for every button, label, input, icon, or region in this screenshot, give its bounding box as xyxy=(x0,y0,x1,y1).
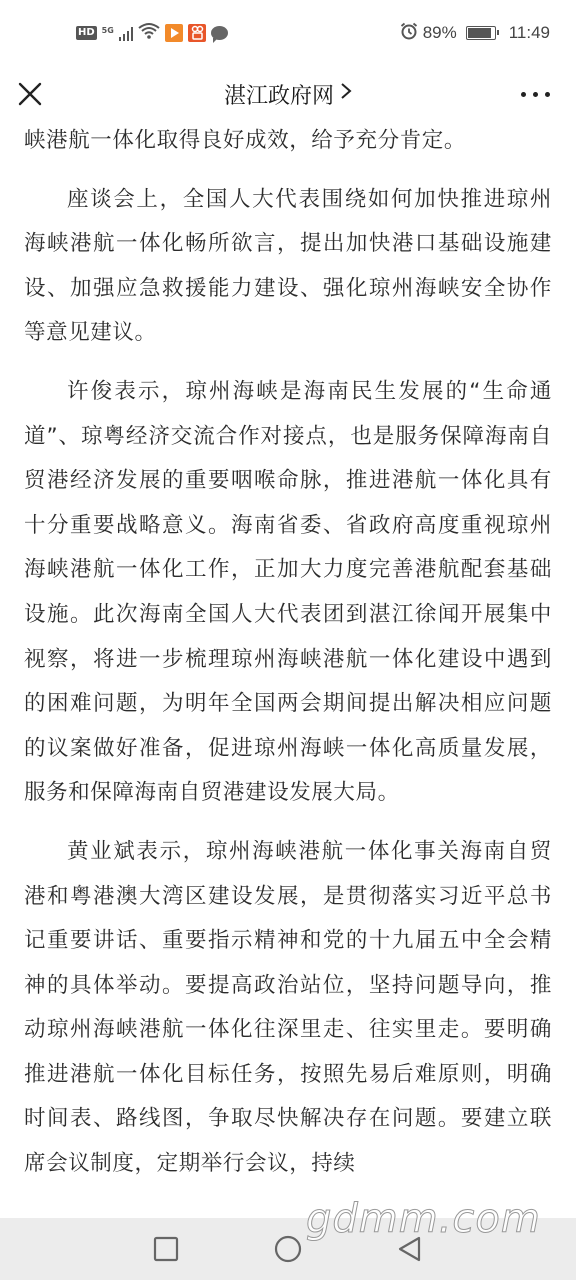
close-icon[interactable] xyxy=(16,80,44,108)
chevron-right-icon xyxy=(340,81,352,107)
hd-icon: HD xyxy=(76,26,97,40)
page-title: 湛江政府网 xyxy=(224,79,334,110)
kuaishou-app-icon xyxy=(188,24,206,42)
page-title-link[interactable]: 湛江政府网 xyxy=(224,79,352,110)
chat-icon xyxy=(211,26,228,40)
alarm-icon xyxy=(400,22,418,44)
wifi-icon xyxy=(138,22,160,44)
status-right: 89% 11:49 xyxy=(400,22,550,44)
nav-header: 湛江政府网 xyxy=(0,66,576,122)
article-paragraph: 黄业斌表示，琼州海峡港航一体化事关海南自贸港和粤港澳大湾区建设发展，是贯彻落实习… xyxy=(24,830,552,1187)
battery-percent: 89% xyxy=(423,23,457,43)
video-app-icon xyxy=(165,24,183,42)
watermark: gdmm.com xyxy=(306,1196,541,1242)
5g-label: 5G xyxy=(102,26,114,35)
home-icon[interactable] xyxy=(273,1234,303,1264)
article-paragraph: 许俊表示，琼州海峡是海南民生发展的“生命通道”、琼粤经济交流合作对接点，也是服务… xyxy=(24,370,552,816)
status-left: HD 5G xyxy=(76,22,228,44)
recent-apps-icon[interactable] xyxy=(151,1234,181,1264)
article-body: 峡港航一体化取得良好成效，给予充分肯定。 座谈会上，全国人大代表围绕如何加快推进… xyxy=(0,122,576,1218)
signal-icon xyxy=(119,26,134,41)
status-bar: HD 5G xyxy=(0,0,576,66)
phone-screen: HD 5G xyxy=(0,0,576,1280)
battery-icon xyxy=(466,26,496,40)
more-icon[interactable] xyxy=(521,82,550,106)
clock-time: 11:49 xyxy=(509,23,550,43)
article-paragraph: 座谈会上，全国人大代表围绕如何加快推进琼州海峡港航一体化畅所欲言，提出加快港口基… xyxy=(24,178,552,356)
article-paragraph: 峡港航一体化取得良好成效，给予充分肯定。 xyxy=(24,122,552,164)
